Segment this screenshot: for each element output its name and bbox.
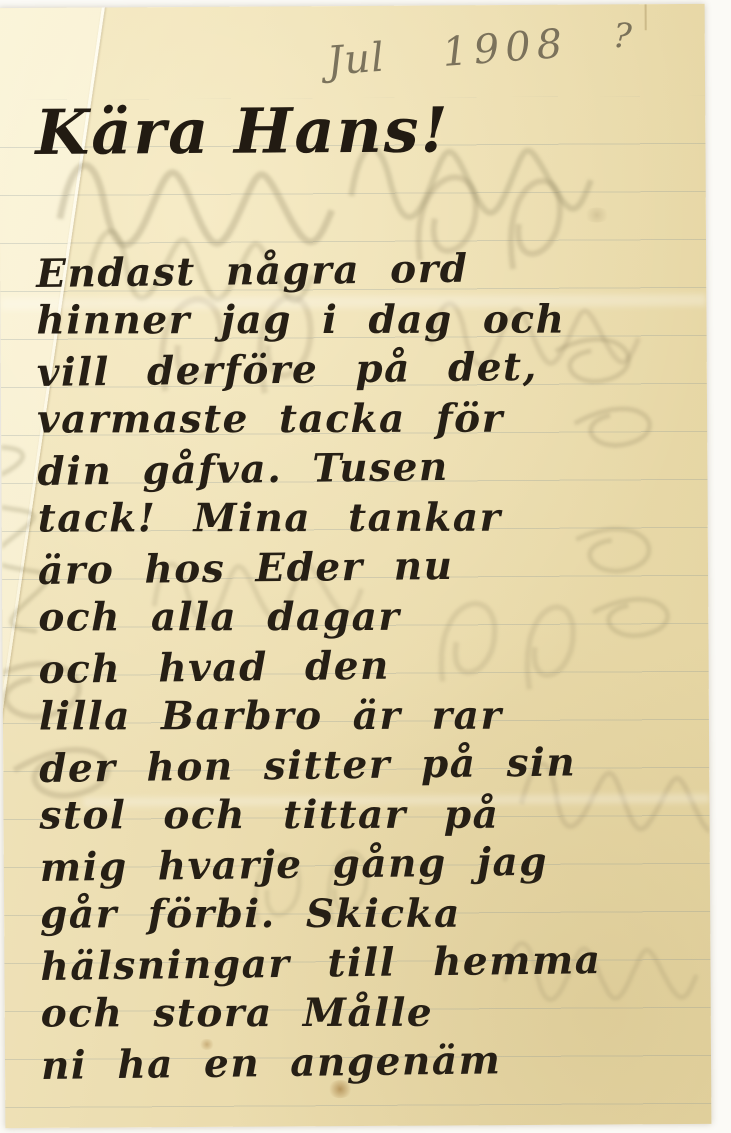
letter-line: ni ha en angenäm: [41, 1034, 702, 1092]
letter-line: går förbi. Skicka: [40, 889, 700, 940]
letter-line: der hon sitter på sin: [39, 737, 700, 795]
letter-line: och stora Målle: [41, 988, 701, 1039]
letter-line: hinner jag i dag och: [36, 295, 696, 346]
letter-line: Endast några ord: [36, 242, 697, 300]
annotation-word: Jul: [326, 35, 387, 85]
letter-line: äro hos Eder nu: [38, 539, 699, 597]
ink-stain: [199, 1039, 215, 1050]
letter-line: lilla Barbro är rar: [39, 691, 699, 742]
smudge-stain: [583, 207, 611, 222]
letter-line: tack! Mina tankar: [38, 493, 698, 544]
letter-line: hälsningar till hemma: [40, 935, 701, 993]
letter-line: och alla dagar: [38, 592, 698, 643]
letter-line: mig hvarje gång jag: [40, 836, 701, 894]
scanned-letter: Jul 1908 ? Kära Hans! Endast några ord h…: [0, 0, 731, 1133]
letter-line: stol och tittar på: [39, 790, 699, 841]
letter-line: varmaste tacka för: [37, 394, 697, 445]
letter-body: Endast några ord hinner jag i dag och vi…: [36, 244, 701, 1090]
annotation-question-mark: ?: [612, 16, 634, 57]
ink-stain: [327, 1080, 353, 1098]
letter-line: vill derföre på det,: [37, 341, 698, 399]
annotation-year: 1908: [441, 21, 570, 76]
letter-paper: Jul 1908 ? Kära Hans! Endast några ord h…: [0, 4, 711, 1128]
letter-line: din gåfva. Tusen: [37, 440, 698, 498]
letter-line: och hvad den: [38, 638, 699, 696]
letter-greeting: Kära Hans!: [35, 93, 450, 169]
